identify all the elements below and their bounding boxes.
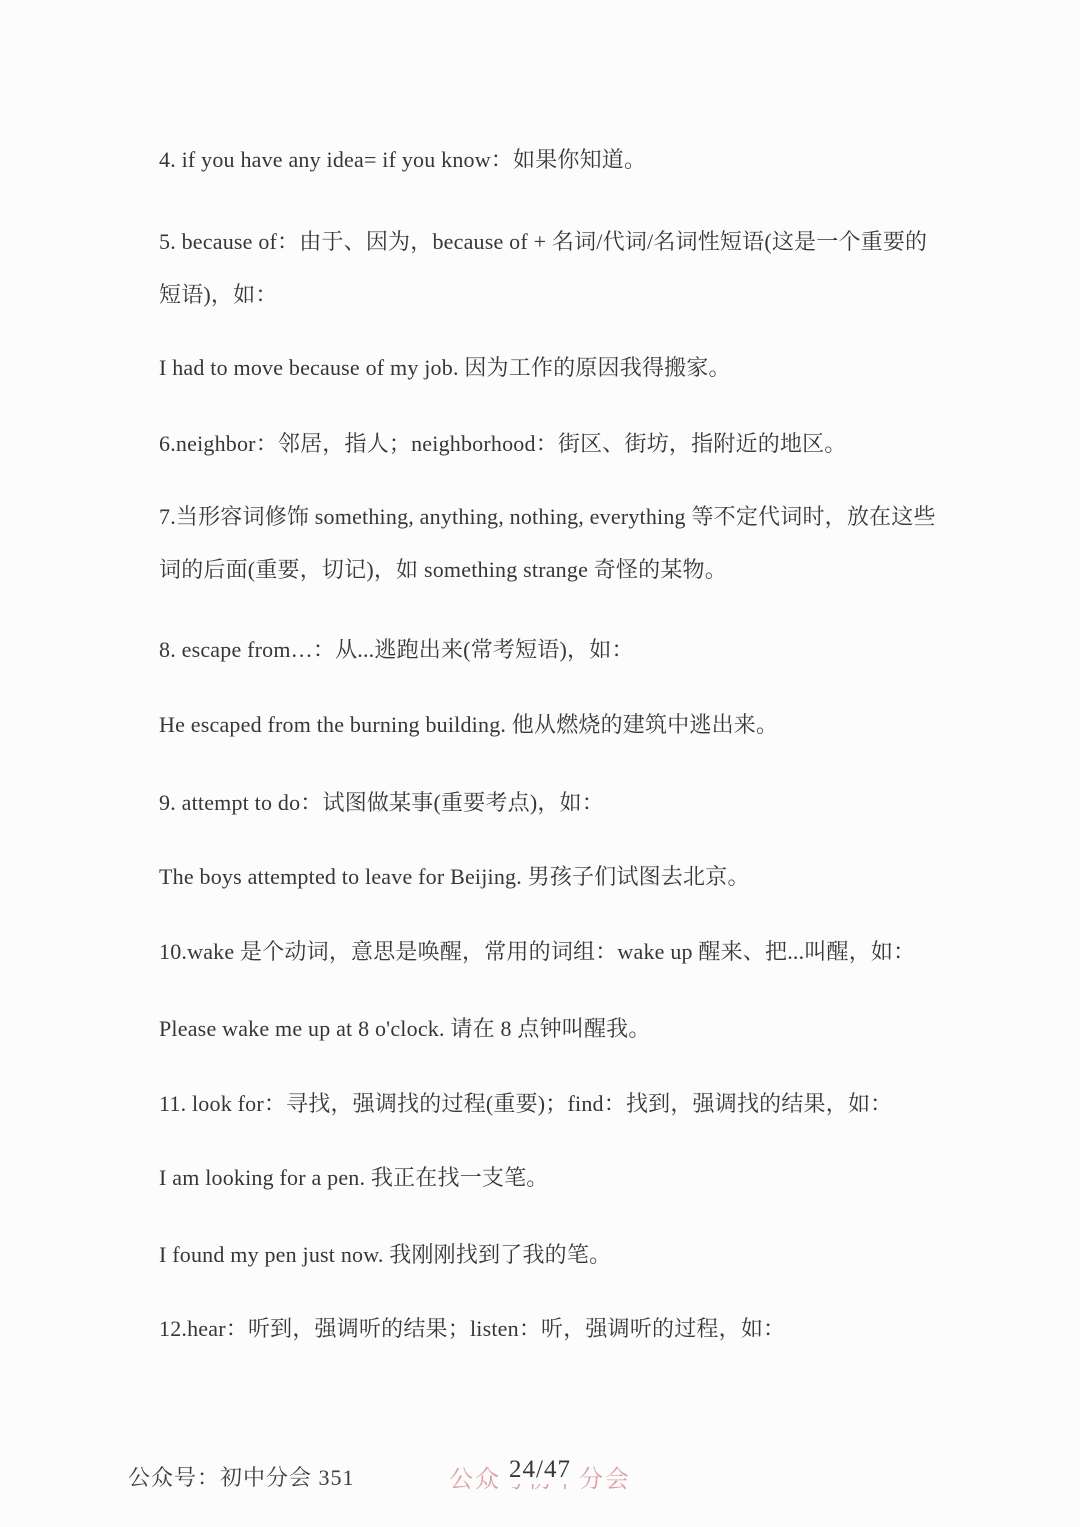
list-item-11: 11. look for：寻找，强调找的过程(重要)；find：找到，强调找的结…	[159, 1090, 892, 1118]
document-page: 4. if you have any idea= if you know：如果你…	[0, 0, 1080, 1527]
example-attempt: The boys attempted to leave for Beijing.…	[159, 863, 750, 891]
list-item-4: 4. if you have any idea= if you know：如果你…	[159, 146, 646, 174]
list-item-12: 12.hear：听到，强调听的结果；listen：听，强调听的过程，如：	[159, 1315, 785, 1343]
list-item-6: 6.neighbor：邻居，指人；neighborhood：街区、街坊，指附近的…	[159, 430, 847, 458]
list-item-7-line2: 词的后面(重要，切记)，如 something strange 奇怪的某物。	[159, 556, 727, 584]
list-item-5-line2: 短语)，如：	[159, 281, 278, 309]
example-look-for: I am looking for a pen. 我正在找一支笔。	[159, 1164, 549, 1192]
list-item-5-line1: 5. because of：由于、因为，because of + 名词/代词/名…	[159, 228, 927, 256]
footer-watermark-area: 公众号初中分会 24/47	[0, 1459, 1080, 1494]
example-escape: He escaped from the burning building. 他从…	[159, 711, 778, 739]
example-find: I found my pen just now. 我刚刚找到了我的笔。	[159, 1241, 611, 1269]
list-item-9: 9. attempt to do：试图做某事(重要考点)，如：	[159, 789, 604, 817]
example-wake: Please wake me up at 8 o'clock. 请在 8 点钟叫…	[159, 1015, 651, 1043]
page-number: 24/47	[501, 1456, 579, 1484]
list-item-7-line1: 7.当形容词修饰 something, anything, nothing, e…	[159, 503, 936, 531]
list-item-8: 8. escape from…：从...逃跑出来(常考短语)，如：	[159, 636, 634, 664]
example-because-of: I had to move because of my job. 因为工作的原因…	[159, 354, 731, 382]
list-item-10: 10.wake 是个动词，意思是唤醒，常用的词组：wake up 醒来、把...…	[159, 938, 915, 966]
